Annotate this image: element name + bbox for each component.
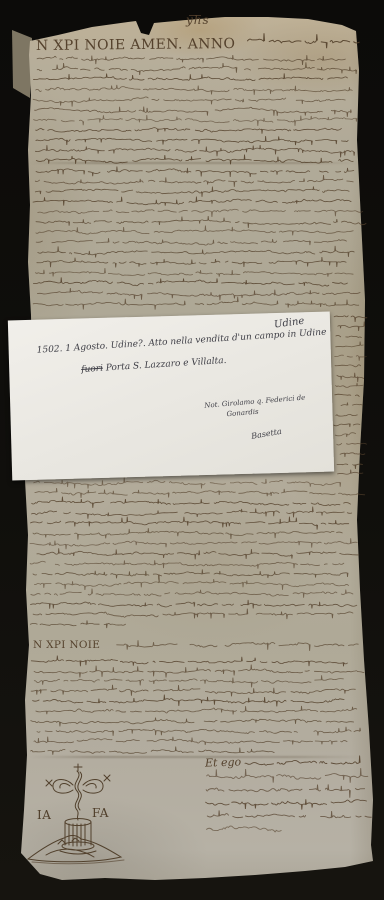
script-right-strip [333, 312, 362, 491]
label-description-line2: fuori Porta S. Lazzaro e Villalta. [81, 356, 227, 375]
archival-label: Udine 1502. 1 Agosto. Udine?. Atto nella… [8, 312, 334, 481]
label-notary-line2: Gonardis [226, 408, 259, 419]
label-notary-line3: Basetta [251, 427, 283, 441]
label-line2-rest: Porta S. Lazzaro e Villalta. [103, 356, 227, 374]
notary-signature-incipit: Et ego [205, 755, 242, 769]
ihs-monogram: yhs [186, 13, 210, 27]
invocation-heading-1: N XPI NOIE AMEN. ANNO [36, 36, 236, 54]
invocation-heading-2: N XPI NOIE [33, 639, 100, 651]
script-block-c [30, 656, 364, 768]
mark-letters-right: FA [92, 806, 109, 820]
mark-letters-left: IA [37, 808, 51, 822]
cross-icon [74, 764, 82, 771]
script-block-b [30, 478, 362, 642]
script-signature [205, 758, 368, 850]
script-block-a [33, 54, 361, 321]
photograph-background: yhs N XPI NOIE AMEN. ANNO N XPI NOIE Et … [0, 0, 384, 900]
notarial-mark: IA FA [24, 760, 128, 866]
label-struck-word: fuori [81, 364, 103, 375]
label-description-line1: 1502. 1 Agosto. Udine?. Atto nella vendi… [36, 328, 326, 356]
